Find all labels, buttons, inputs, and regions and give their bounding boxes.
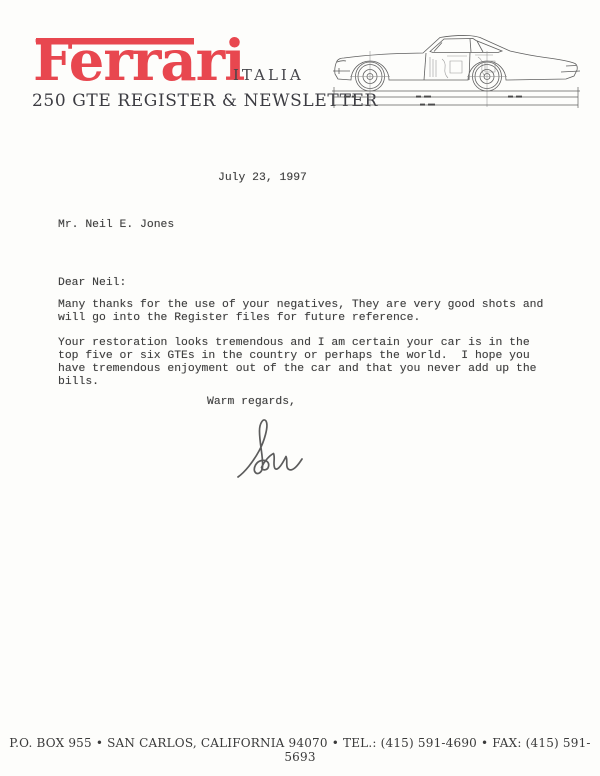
ferrari-logo-text: Ferrari <box>33 36 244 88</box>
footer-address-line: P.O. BOX 955 • SAN CARLOS, CALIFORNIA 94… <box>0 736 600 764</box>
ferrari-wordmark-svg: Ferrari <box>33 36 263 88</box>
car-technical-drawing-icon <box>330 27 582 112</box>
signature-handwriting-icon <box>228 415 316 487</box>
letter-date: July 23, 1997 <box>218 172 307 185</box>
region-label: ITALIA <box>233 66 304 84</box>
closing-line: Warm regards, <box>207 396 296 409</box>
paragraph-2: Your restoration looks tremendous and I … <box>58 337 537 389</box>
ferrari-logo: Ferrari <box>33 36 263 93</box>
register-subtitle: 250 GTE REGISTER & NEWSLETTER <box>32 91 378 111</box>
paragraph-1: Many thanks for the use of your negative… <box>58 299 543 325</box>
letter-page: Ferrari ITALIA 250 GTE REGISTER & NEWSLE… <box>0 0 600 776</box>
salutation: Dear Neil: <box>58 277 126 290</box>
recipient-line: Mr. Neil E. Jones <box>58 219 174 232</box>
